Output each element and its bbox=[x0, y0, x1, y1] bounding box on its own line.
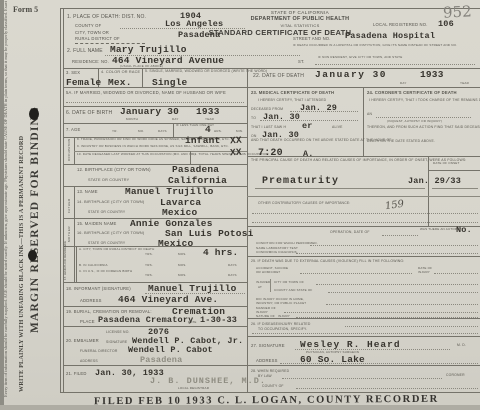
field1-street-value: Pasadena Hospital bbox=[345, 31, 435, 41]
scan-edge-bottom bbox=[0, 405, 480, 410]
lab-rule bbox=[296, 252, 478, 254]
birthplace-state-value: California bbox=[168, 175, 227, 186]
nature-label-2: INJURY bbox=[278, 314, 290, 318]
dob-sub-year: YEAR bbox=[205, 117, 214, 121]
cause-mid-line bbox=[247, 196, 480, 197]
field1-reg-label: LOCAL REGISTERED NO. bbox=[373, 22, 428, 27]
injured-bracket bbox=[270, 279, 271, 292]
onset-header-line bbox=[428, 170, 480, 171]
marital-label: 5. SINGLE, MARRIED, WIDOWED OR DIVORCED … bbox=[145, 69, 240, 73]
occ8-xmark: XX bbox=[230, 135, 243, 147]
onset-strike-line bbox=[432, 188, 478, 189]
age-mo-label: MO. bbox=[138, 129, 144, 133]
coroner-an-rule bbox=[376, 116, 471, 118]
violence-date-rule bbox=[434, 272, 478, 274]
res-a-value: 4 hrs. bbox=[203, 247, 238, 258]
nonres-rule bbox=[315, 63, 475, 65]
injured-label: INJURED bbox=[256, 280, 270, 284]
violence-date-2: INJURY bbox=[418, 270, 430, 274]
cause-strike-line bbox=[255, 188, 425, 189]
occupation-side-label: OCCUPATION bbox=[67, 138, 71, 161]
race-marital-divider bbox=[142, 68, 143, 87]
coroner-sub-label: (INQUEST, AUTOPSY OR INQUIRY) bbox=[387, 119, 442, 123]
margin-binding-text: MARGIN RESERVED FOR BINDING bbox=[29, 106, 41, 333]
race-value: Mex. bbox=[108, 77, 132, 88]
res-c-label: C. IN U.S., IF OF FOREIGN BIRTH bbox=[79, 270, 129, 274]
med-saw-fill: er bbox=[302, 121, 313, 131]
header-dept: DEPARTMENT OF PUBLIC HEALTH bbox=[235, 16, 365, 22]
other-rule-2 bbox=[252, 221, 478, 223]
dob-sub-month: MONTH bbox=[126, 117, 138, 121]
injured-county-label: COUNTY AND STATE OF bbox=[274, 288, 312, 292]
sig27-top-line bbox=[247, 336, 480, 337]
burial-date-value: 1-30-33 bbox=[200, 315, 237, 325]
law28-label-2: BY LAW bbox=[258, 374, 272, 378]
embalmer-addr-label: ADDRESS bbox=[80, 359, 98, 363]
age-label: 7. AGE bbox=[66, 127, 80, 132]
disease26-rule-2 bbox=[252, 332, 478, 334]
med-line1: I HEREBY CERTIFY, THAT I ATTENDED bbox=[258, 98, 326, 102]
onset-header: DATE OF ONSET bbox=[433, 161, 460, 165]
autopsy-value: No. bbox=[456, 225, 472, 235]
field1-county-label: COUNTY OF bbox=[75, 23, 101, 28]
row-line-4 bbox=[63, 123, 247, 124]
dob-value: January 30 bbox=[120, 106, 179, 117]
form-border-bottom bbox=[60, 392, 480, 393]
res-b-days: DAYS bbox=[228, 263, 237, 267]
embalmer-license-label: LICENSE NO. bbox=[106, 330, 130, 334]
father-bp-label: 14. BIRTHPLACE (CITY OR TOWN) bbox=[77, 200, 144, 204]
mother-side-label: MOTHER bbox=[67, 226, 71, 242]
condition-label: CONDITION FOR WHICH PERFORMED. bbox=[256, 241, 318, 245]
burial-place-value: Pasadena Crematory bbox=[98, 315, 193, 325]
cause-principal-value: Prematurity bbox=[262, 176, 339, 187]
law28-label-1: 28. WHEN REQUIRED bbox=[251, 369, 289, 373]
law28-coroner-label: CORONER bbox=[446, 373, 465, 377]
disease26-label-2: TO OCCUPATION, SPECIFY. bbox=[258, 327, 307, 331]
coroner-an-label: AN bbox=[367, 112, 372, 116]
med-saw-label: THAT I LAST SAW H bbox=[251, 125, 286, 129]
form-border-top bbox=[60, 8, 480, 9]
disease26-label-1: 26. IF DISEASE/INJURY RELATED bbox=[251, 322, 311, 326]
med-alive-label: ALIVE bbox=[332, 125, 343, 129]
injured-at-label: AT bbox=[258, 285, 262, 289]
age-hours-value: 4 bbox=[205, 124, 211, 135]
occ11-label: 11. TOTAL YEARS SPENT IN THIS OCCUPATION bbox=[193, 153, 243, 157]
sex-label: 3. SEX bbox=[66, 70, 80, 75]
filed-label: 21. FILED bbox=[66, 371, 87, 376]
res-b-mos: MOS. bbox=[178, 263, 186, 267]
marital-value: Single bbox=[152, 77, 187, 88]
dod-sub-year: YEAR bbox=[460, 81, 469, 85]
death-certificate-scan: Form 5 MARGIN RESERVED FOR BINDING WRITE… bbox=[0, 0, 480, 410]
age-min-label: MIN. bbox=[236, 129, 243, 133]
binding-hole-bottom bbox=[28, 250, 37, 261]
informant-label: 18. INFORMANT (SIGNATURE) bbox=[66, 286, 131, 291]
res-c-days: DAYS bbox=[228, 273, 237, 277]
informant-addr-label: ADDRESS bbox=[80, 298, 102, 303]
race-label: 4. COLOR OR RACE bbox=[101, 70, 140, 74]
med-from-label: DECEASED FROM bbox=[251, 107, 283, 111]
father-name-value: Manuel Trujillo bbox=[125, 186, 214, 197]
violence-top-line bbox=[247, 256, 480, 257]
injury-home-rule bbox=[326, 303, 478, 305]
embalmer-sig-label: SIGNATURE bbox=[106, 340, 127, 344]
operation-rule bbox=[382, 234, 418, 236]
margin-plainly-text: WRITE PLAINLY WITH UNFADING BLACK INK—TH… bbox=[18, 136, 25, 392]
burial-label: 19. BURIAL, CREMATION OR REMOVAL: bbox=[66, 309, 152, 314]
nature-label-1: NATURE OF bbox=[256, 314, 275, 318]
form-border-left-outer bbox=[60, 8, 61, 392]
field1-street-label: STREET AND NO. bbox=[293, 36, 331, 41]
occ10-label: 10. DATE DECEASED LAST WORKED AT THIS OC… bbox=[77, 153, 182, 157]
sig27-addr-rule bbox=[280, 362, 478, 364]
res-a-mos: MOS. bbox=[178, 252, 186, 256]
onset-column-divider bbox=[428, 156, 429, 226]
violence-kind-rule bbox=[300, 272, 412, 274]
father-state-value: Mexico bbox=[162, 207, 197, 218]
local-registrar-label: LOCAL REGISTRAR bbox=[178, 386, 209, 390]
dod-year: 1933 bbox=[420, 69, 444, 80]
father-state-label: STATE OR COUNTRY bbox=[88, 210, 125, 214]
residence-side-label: 17. LENGTH OF RESIDENCE bbox=[63, 246, 67, 280]
birthplace-value: Pasadena bbox=[172, 164, 219, 175]
informant-addr-value: 464 Vineyard Ave. bbox=[118, 294, 218, 305]
res-a-label: A. CITY, TOWN OR RURAL DISTRICT OF DEATH bbox=[79, 248, 141, 252]
cause-head: THE PRINCIPAL CAUSE OF DEATH AND RELATED… bbox=[251, 158, 456, 162]
manner-rule bbox=[284, 311, 478, 313]
father-name-label: 13. NAME bbox=[77, 189, 98, 194]
header-title: STANDARD CERTIFICATE OF DEATH bbox=[200, 28, 360, 37]
scan-edge-left bbox=[0, 0, 4, 410]
field1-city-label1: CITY, TOWN OR bbox=[75, 30, 109, 35]
parent-side-divider bbox=[74, 186, 75, 282]
burial-place-label: PLACE bbox=[80, 319, 95, 324]
embalmer-addr-value: Pasadena bbox=[140, 355, 182, 365]
cause-other-label: OTHER CONTRIBUTORY CAUSES OF IMPORTANCE: bbox=[258, 201, 350, 205]
county-rule bbox=[120, 27, 245, 29]
sig27-md-label: M. D. bbox=[457, 343, 466, 347]
occ9-label: 9. INDUSTRY OR BUSINESS IN WHICH WORK WA… bbox=[77, 145, 182, 149]
field2-st-label: ST. bbox=[298, 59, 305, 64]
local-registrar-stamp: J. B. DUNSHEE, M.D. bbox=[150, 376, 266, 386]
law28-rule-2 bbox=[296, 387, 478, 389]
funeral-director-label: FUNERAL DIRECTOR bbox=[80, 349, 118, 353]
header-state: STATE OF CALIFORNIA bbox=[245, 10, 355, 15]
row-line-1 bbox=[63, 68, 480, 69]
disease26-rule-1 bbox=[345, 325, 478, 327]
dob-label: 6. DATE OF BIRTH bbox=[66, 110, 112, 116]
funeral-director-value: Wendell P. Cabot bbox=[128, 345, 213, 355]
nature-rule bbox=[296, 316, 478, 318]
field2-name-label: 2. FULL NAME bbox=[67, 48, 103, 54]
disease26-top-line bbox=[247, 318, 480, 319]
occ8-label: 8. TRADE, PROFESSION OR KIND OF WORK DON… bbox=[77, 138, 182, 142]
dob-sub-day: DAY bbox=[172, 117, 179, 121]
med-title: 23. MEDICAL CERTIFICATE OF DEATH bbox=[251, 90, 334, 95]
injury-home-2: INDUSTRY, OR PUBLIC PLACE? bbox=[256, 301, 306, 305]
law28-county-label: COUNTY OF bbox=[262, 384, 284, 388]
mother-state-label: STATE OR COUNTRY bbox=[88, 241, 125, 245]
other-rule-1 bbox=[252, 212, 478, 214]
violence-title: 25. IF DEATH WAS DUE TO EXTERNAL CAUSES … bbox=[251, 259, 404, 263]
operation-label: OPERATION, DATE OF bbox=[330, 230, 370, 234]
sex-value: Female bbox=[66, 77, 101, 88]
dod-sub-day: DAY bbox=[400, 81, 407, 85]
res-b-label: B. IN CALIFORNIA bbox=[79, 263, 108, 267]
form-number-label: Form 5 bbox=[13, 5, 38, 14]
birthplace-state-label: STATE OR COUNTRY bbox=[88, 178, 129, 182]
injured-county-rule bbox=[328, 291, 478, 293]
res-b-yrs: YRS. bbox=[145, 263, 153, 267]
med-to-label: TO bbox=[251, 116, 256, 120]
sig27-addr-label: ADDRESS bbox=[256, 358, 278, 363]
field2-nonresident-note: IF NON RESIDENT, GIVE CITY OR TOWN, AND … bbox=[318, 55, 388, 59]
coroner-line3: DEATH ON THE DATE STATED ABOVE. bbox=[367, 139, 435, 143]
form-border-left-inner bbox=[63, 8, 64, 392]
autopsy-label: WAS THERE AN AUTOPSY? bbox=[420, 228, 454, 232]
row-line-6 bbox=[63, 164, 247, 165]
med-from-rule bbox=[290, 110, 358, 112]
field1-city-label2: RURAL DISTRICT OF bbox=[75, 36, 120, 41]
burial-date-label: DATE bbox=[188, 320, 197, 324]
husband-label: 5A. IF MARRIED, WIDOWED OR DIVORCED, NAM… bbox=[66, 90, 226, 95]
residence-side-divider bbox=[76, 246, 77, 282]
age-yr-label: YR. bbox=[112, 129, 118, 133]
dod-label: 22. DATE OF DEATH bbox=[253, 73, 304, 79]
lab-label-2: CONFIRMING DIAGNOSIS. bbox=[256, 250, 298, 254]
field1-city-value: Pasadena bbox=[178, 30, 220, 40]
coroner-line2: THEREON, AND FROM SUCH ACTION FIND THAT … bbox=[367, 125, 475, 129]
mother-state-value: Mexico bbox=[158, 238, 193, 249]
violence-kind-2: OR HOMICIDE? bbox=[256, 270, 280, 274]
res-a-yrs: YRS. bbox=[145, 252, 153, 256]
coroner-line1: I HEREBY CERTIFY, THAT I TOOK CHARGE OF … bbox=[369, 98, 474, 102]
age-days-label: DAYS bbox=[158, 129, 167, 133]
mother-bp-label: 16. BIRTHPLACE (CITY OR TOWN) bbox=[77, 231, 144, 235]
embalmer-label: 20. EMBALMER bbox=[66, 338, 99, 343]
field1-dist-label: 1. PLACE OF DEATH: DIST. NO. bbox=[67, 14, 146, 20]
mother-name-label: 15. MAIDEN NAME bbox=[77, 221, 117, 226]
father-side-label: FATHER bbox=[67, 198, 71, 213]
husband-rule bbox=[66, 101, 244, 103]
age-less-label: IF LESS THAN ONE DAY bbox=[176, 124, 202, 127]
condition-rule bbox=[310, 244, 478, 246]
res-c-yrs: YRS. bbox=[145, 273, 153, 277]
dob-year: 1933 bbox=[196, 106, 220, 117]
dod-value: January 30 bbox=[315, 69, 387, 80]
binding-hole-top bbox=[29, 108, 39, 120]
coroner-title: 24. CORONER'S CERTIFICATE OF DEATH bbox=[367, 90, 457, 95]
birthplace-label: 12. BIRTHPLACE (CITY OR TOWN) bbox=[77, 167, 151, 172]
med-line2: AND THAT DEATH OCCURRED ON THE ABOVE STA… bbox=[251, 138, 351, 142]
field2-residence-label: RESIDENCE: NO. bbox=[72, 59, 109, 64]
injured-city-rule bbox=[316, 283, 478, 285]
res-c-mos: MOS. bbox=[178, 273, 186, 277]
sig27-label: 27. SIGNATURE bbox=[251, 343, 285, 348]
age-box-divider bbox=[173, 123, 174, 137]
field1-street-note: IF DEATH OCCURRED IN A HOSPITAL OR INSTI… bbox=[293, 43, 457, 47]
med-coroner-divider bbox=[363, 87, 364, 156]
injured-city-label: CITY OR TOWN OF bbox=[274, 280, 304, 284]
law28-rule-1 bbox=[282, 377, 442, 379]
cause-onset-value: Jan. 29/33 bbox=[408, 176, 461, 186]
field1-reg-value: 106 bbox=[438, 19, 454, 29]
age-hrs-label: HRS. bbox=[214, 129, 222, 133]
row-line-13 bbox=[63, 365, 480, 366]
